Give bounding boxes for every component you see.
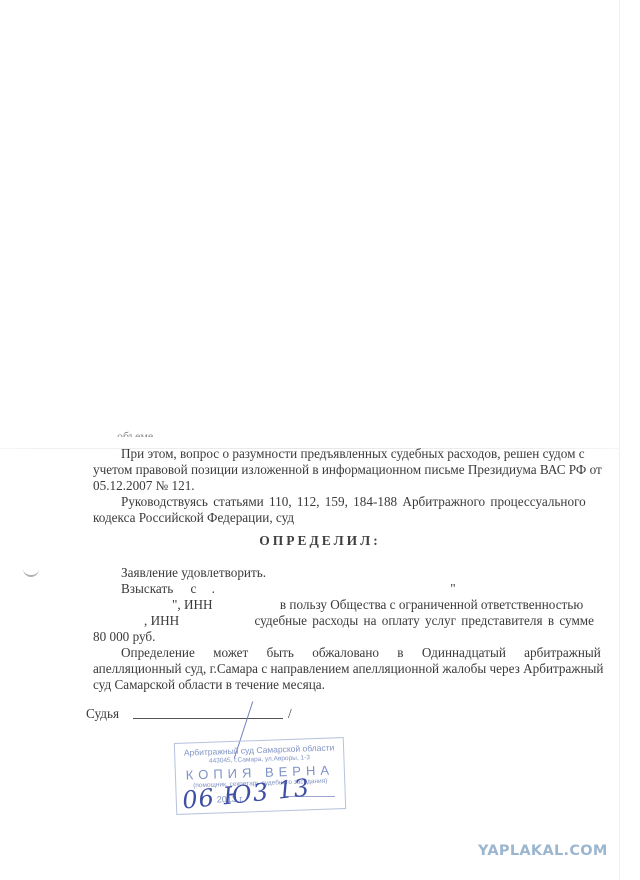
quote-mark: " xyxy=(450,581,455,596)
redacted-dot: . xyxy=(212,581,215,596)
collect-word: Взыскать xyxy=(121,581,173,596)
from-word: с xyxy=(191,581,197,596)
scan-mark xyxy=(23,567,39,577)
ruling-line-2: Взыскать с . " xyxy=(121,581,456,596)
inn-label-2: , ИНН xyxy=(144,613,179,628)
signature-line xyxy=(133,718,283,719)
paragraph-1-line-2: учетом правовой позиции изложенной в инф… xyxy=(93,462,602,477)
inn-label: ", ИНН xyxy=(172,597,213,612)
paragraph-2-line-2: кодекса Российской Федерации, суд xyxy=(93,510,294,525)
appeal-line-2: апелляционный суд, г.Самара с направлени… xyxy=(93,661,603,676)
in-favor-text: в пользу Общества с ограниченной ответст… xyxy=(280,597,583,612)
signature-slash: / xyxy=(288,706,292,721)
appeal-line-3: суд Самарской области в течение месяца. xyxy=(93,677,325,692)
appeal-line-1: Определение может быть обжаловано в Один… xyxy=(121,645,601,660)
ruling-heading: ОПРЕДЕЛИЛ: xyxy=(0,533,640,549)
watermark: YAPLAKAL.COM xyxy=(478,843,608,859)
cut-off-text: объеме. xyxy=(117,429,156,437)
ruling-line-3: ", ИНН в пользу Общества с ограниченной … xyxy=(172,597,583,612)
paragraph-1-line-1: При этом, вопрос о разумности предъявлен… xyxy=(121,446,585,461)
amount-line: 80 000 руб. xyxy=(93,629,155,644)
ruling-line-4: , ИНН судебные расходы на оплату услуг п… xyxy=(144,613,594,628)
expenses-text: судебные расходы на оплату услуг предста… xyxy=(254,613,594,628)
ruling-line-1: Заявление удовлетворить. xyxy=(121,565,266,580)
page-edge xyxy=(619,0,620,880)
paragraph-2-line-1: Руководствуясь статьями 110, 112, 159, 1… xyxy=(121,494,586,509)
paragraph-1-line-3: 05.12.2007 № 121. xyxy=(93,478,195,493)
judge-label: Судья xyxy=(86,706,119,721)
